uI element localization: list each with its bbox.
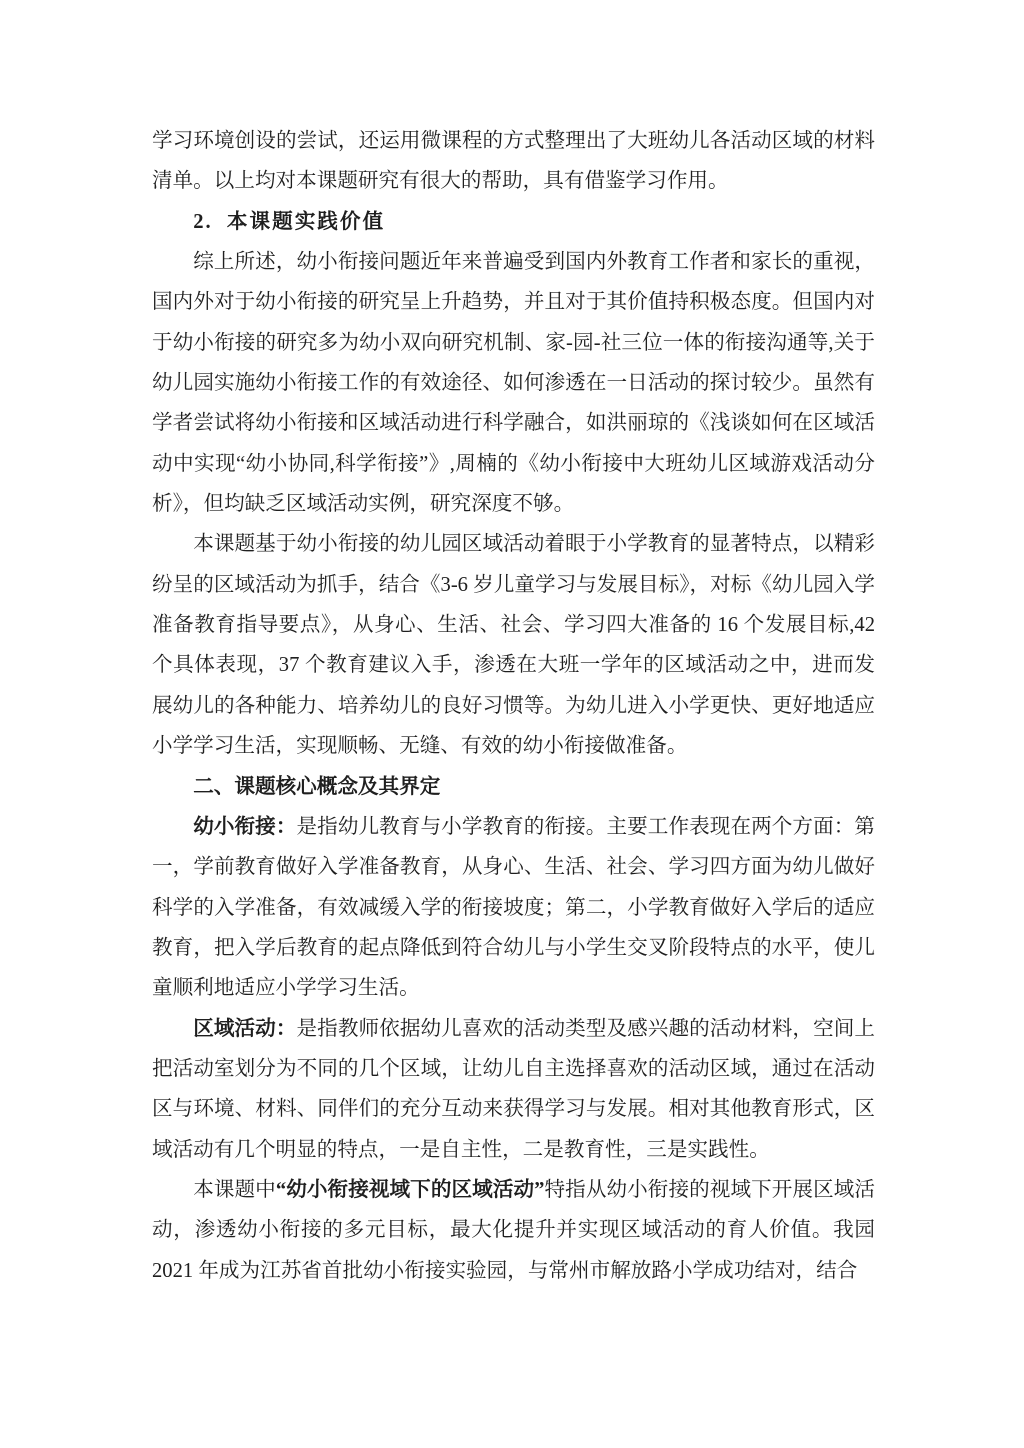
term-topic-quoted: “幼小衔接视域下的区域活动”	[276, 1179, 545, 1201]
paragraph-text: 综上所述，幼小衔接问题近年来普遍受到国内外教育工作者和家长的重视，国内外对于幼小…	[152, 251, 875, 515]
heading-practice-value: 2. 本课题实践价值	[152, 202, 875, 242]
paragraph-research-summary: 综上所述，幼小衔接问题近年来普遍受到国内外教育工作者和家长的重视，国内外对于幼小…	[152, 242, 875, 524]
paragraph-text: 是指幼儿教育与小学教育的衔接。主要工作表现在两个方面：第一，学前教育做好入学准备…	[152, 816, 875, 999]
document-page: 学习环境创设的尝试，还运用微课程的方式整理出了大班幼儿各活动区域的材料清单。以上…	[0, 0, 1024, 1448]
document-text-block: 学习环境创设的尝试，还运用微课程的方式整理出了大班幼儿各活动区域的材料清单。以上…	[152, 121, 875, 1291]
paragraph-text: 学习环境创设的尝试，还运用微课程的方式整理出了大班幼儿各活动区域的材料清单。以上…	[152, 130, 875, 192]
paragraph-text: 本课题中	[193, 1179, 276, 1201]
paragraph-definition-youxiaoxianjie: 幼小衔接：是指幼儿教育与小学教育的衔接。主要工作表现在两个方面：第一，学前教育做…	[152, 807, 875, 1009]
heading-core-concepts: 二、课题核心概念及其界定	[152, 767, 875, 807]
term-quyuhuodong: 区域活动：	[193, 1018, 296, 1040]
paragraph-topic-term-definition: 本课题中“幼小衔接视域下的区域活动”特指从幼小衔接的视域下开展区域活动，渗透幼小…	[152, 1170, 875, 1291]
paragraph-literature-review-end: 学习环境创设的尝试，还运用微课程的方式整理出了大班幼儿各活动区域的材料清单。以上…	[152, 121, 875, 202]
heading-text: 2. 本课题实践价值	[193, 211, 385, 233]
term-youxiaoxianjie: 幼小衔接：	[193, 816, 296, 838]
paragraph-project-approach: 本课题基于幼小衔接的幼儿园区域活动着眼于小学教育的显著特点，以精彩纷呈的区域活动…	[152, 524, 875, 766]
paragraph-text: 本课题基于幼小衔接的幼儿园区域活动着眼于小学教育的显著特点，以精彩纷呈的区域活动…	[152, 533, 875, 757]
heading-text: 二、课题核心概念及其界定	[193, 776, 440, 798]
paragraph-definition-quyuhuodong: 区域活动：是指教师依据幼儿喜欢的活动类型及感兴趣的活动材料，空间上把活动室划分为…	[152, 1009, 875, 1170]
